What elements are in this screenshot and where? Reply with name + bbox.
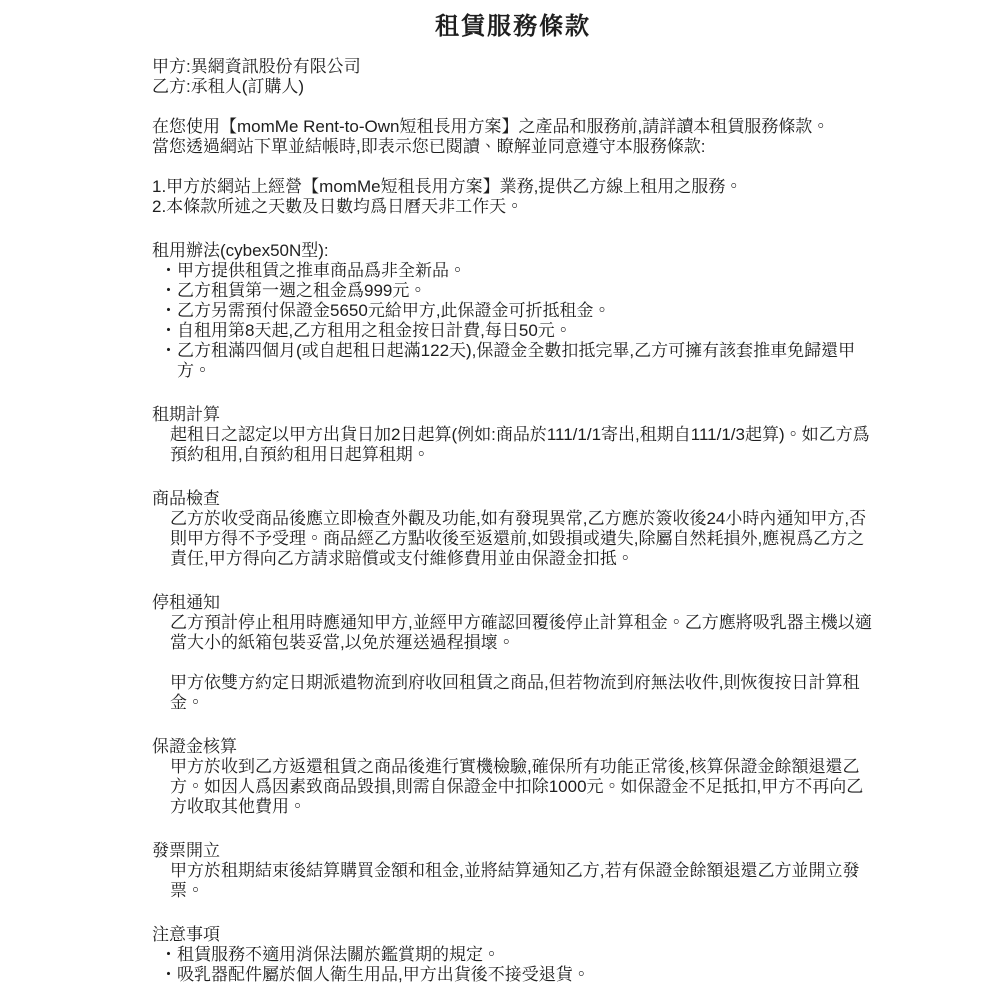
bullet-icon: ・ — [160, 341, 177, 381]
party-a-line: 甲方:異網資訊股份有限公司 — [152, 57, 874, 77]
section-heading: 注意事項 — [152, 925, 874, 945]
bullet-list: ・租賃服務不適用消保法關於鑑賞期的規定。 ・吸乳器配件屬於個人衛生用品,甲方出貨… — [152, 945, 874, 985]
list-item: ・自租用第8天起,乙方租用之租金按日計費,每日50元。 — [160, 321, 874, 341]
bullet-text: 吸乳器配件屬於個人衛生用品,甲方出貨後不接受退貨。 — [177, 965, 874, 985]
section-body: 甲方於租期結束後結算購買金額和租金,並將結算通知乙方,若有保證金餘額退還乙方並開… — [152, 861, 874, 901]
paragraph: 甲方於收到乙方返還租賃之商品後進行實機檢驗,確保所有功能正常後,核算保證金餘額退… — [170, 757, 874, 817]
list-item: ・甲方提供租賃之推車商品爲非全新品。 — [160, 261, 874, 281]
section-heading: 停租通知 — [152, 593, 874, 613]
section-invoice-issuance: 發票開立 甲方於租期結束後結算購買金額和租金,並將結算通知乙方,若有保證金餘額退… — [152, 841, 874, 901]
party-b-line: 乙方:承租人(訂購人) — [152, 77, 874, 97]
section-product-inspection: 商品檢查 乙方於收受商品後應立即檢查外觀及功能,如有發現異常,乙方應於簽收後24… — [152, 489, 874, 569]
bullet-icon: ・ — [160, 965, 177, 985]
parties-block: 甲方:異網資訊股份有限公司 乙方:承租人(訂購人) — [152, 57, 874, 97]
intro-line: 當您透過網站下單並結帳時,即表示您已閱讀、瞭解並同意遵守本服務條款: — [152, 137, 874, 157]
bullet-text: 乙方另需預付保證金5650元給甲方,此保證金可折抵租金。 — [177, 301, 874, 321]
intro-block: 在您使用【momMe Rent-to-Own短租長用方案】之產品和服務前,請詳讀… — [152, 117, 874, 157]
bullet-text: 甲方提供租賃之推車商品爲非全新品。 — [177, 261, 874, 281]
intro-line: 在您使用【momMe Rent-to-Own短租長用方案】之產品和服務前,請詳讀… — [152, 117, 874, 137]
bullet-text: 自租用第8天起,乙方租用之租金按日計費,每日50元。 — [177, 321, 874, 341]
bullet-icon: ・ — [160, 301, 177, 321]
bullet-text: 乙方租賃第一週之租金爲999元。 — [177, 281, 874, 301]
bullet-icon: ・ — [160, 321, 177, 341]
paragraph: 乙方預計停止租用時應通知甲方,並經甲方確認回覆後停止計算租金。乙方應將吸乳器主機… — [170, 613, 874, 653]
list-item: ・乙方租賃第一週之租金爲999元。 — [160, 281, 874, 301]
section-deposit-settlement: 保證金核算 甲方於收到乙方返還租賃之商品後進行實機檢驗,確保所有功能正常後,核算… — [152, 737, 874, 817]
list-item: ・租賃服務不適用消保法關於鑑賞期的規定。 — [160, 945, 874, 965]
section-heading: 租用辦法(cybex50N型): — [152, 241, 874, 261]
bullet-text: 租賃服務不適用消保法關於鑑賞期的規定。 — [177, 945, 874, 965]
paragraph: 起租日之認定以甲方出貨日加2日起算(例如:商品於111/1/1寄出,租期自111… — [170, 425, 874, 465]
bullet-icon: ・ — [160, 261, 177, 281]
general-term: 2.本條款所述之天數及日數均爲日曆天非工作天。 — [152, 197, 874, 217]
section-heading: 發票開立 — [152, 841, 874, 861]
list-item: ・乙方租滿四個月(或自起租日起滿122天),保證金全數扣抵完畢,乙方可擁有該套推… — [160, 341, 874, 381]
list-item: ・吸乳器配件屬於個人衛生用品,甲方出貨後不接受退貨。 — [160, 965, 874, 985]
section-heading: 商品檢查 — [152, 489, 874, 509]
section-notes: 注意事項 ・租賃服務不適用消保法關於鑑賞期的規定。 ・吸乳器配件屬於個人衛生用品… — [152, 925, 874, 985]
page-title: 租賃服務條款 — [152, 12, 874, 42]
bullet-icon: ・ — [160, 945, 177, 965]
section-rental-period: 租期計算 起租日之認定以甲方出貨日加2日起算(例如:商品於111/1/1寄出,租… — [152, 405, 874, 465]
section-body: 乙方預計停止租用時應通知甲方,並經甲方確認回覆後停止計算租金。乙方應將吸乳器主機… — [152, 613, 874, 713]
section-heading: 租期計算 — [152, 405, 874, 425]
section-body: 乙方於收受商品後應立即檢查外觀及功能,如有發現異常,乙方應於簽收後24小時內通知… — [152, 509, 874, 569]
paragraph: 甲方依雙方約定日期派遣物流到府收回租賃之商品,但若物流到府無法收件,則恢復按日計… — [170, 673, 874, 713]
general-terms-block: 1.甲方於網站上經營【momMe短租長用方案】業務,提供乙方線上租用之服務。 2… — [152, 177, 874, 217]
bullet-icon: ・ — [160, 281, 177, 301]
section-body: 甲方於收到乙方返還租賃之商品後進行實機檢驗,確保所有功能正常後,核算保證金餘額退… — [152, 757, 874, 817]
paragraph: 乙方於收受商品後應立即檢查外觀及功能,如有發現異常,乙方應於簽收後24小時內通知… — [170, 509, 874, 569]
section-rental-method: 租用辦法(cybex50N型): ・甲方提供租賃之推車商品爲非全新品。 ・乙方租… — [152, 241, 874, 381]
section-heading: 保證金核算 — [152, 737, 874, 757]
general-term: 1.甲方於網站上經營【momMe短租長用方案】業務,提供乙方線上租用之服務。 — [152, 177, 874, 197]
section-body: 起租日之認定以甲方出貨日加2日起算(例如:商品於111/1/1寄出,租期自111… — [152, 425, 874, 465]
list-item: ・乙方另需預付保證金5650元給甲方,此保證金可折抵租金。 — [160, 301, 874, 321]
bullet-list: ・甲方提供租賃之推車商品爲非全新品。 ・乙方租賃第一週之租金爲999元。 ・乙方… — [152, 261, 874, 381]
paragraph: 甲方於租期結束後結算購買金額和租金,並將結算通知乙方,若有保證金餘額退還乙方並開… — [170, 861, 874, 901]
section-stop-rental-notice: 停租通知 乙方預計停止租用時應通知甲方,並經甲方確認回覆後停止計算租金。乙方應將… — [152, 593, 874, 713]
bullet-text: 乙方租滿四個月(或自起租日起滿122天),保證金全數扣抵完畢,乙方可擁有該套推車… — [177, 341, 874, 381]
terms-document: 租賃服務條款 甲方:異網資訊股份有限公司 乙方:承租人(訂購人) 在您使用【mo… — [0, 0, 1000, 1000]
